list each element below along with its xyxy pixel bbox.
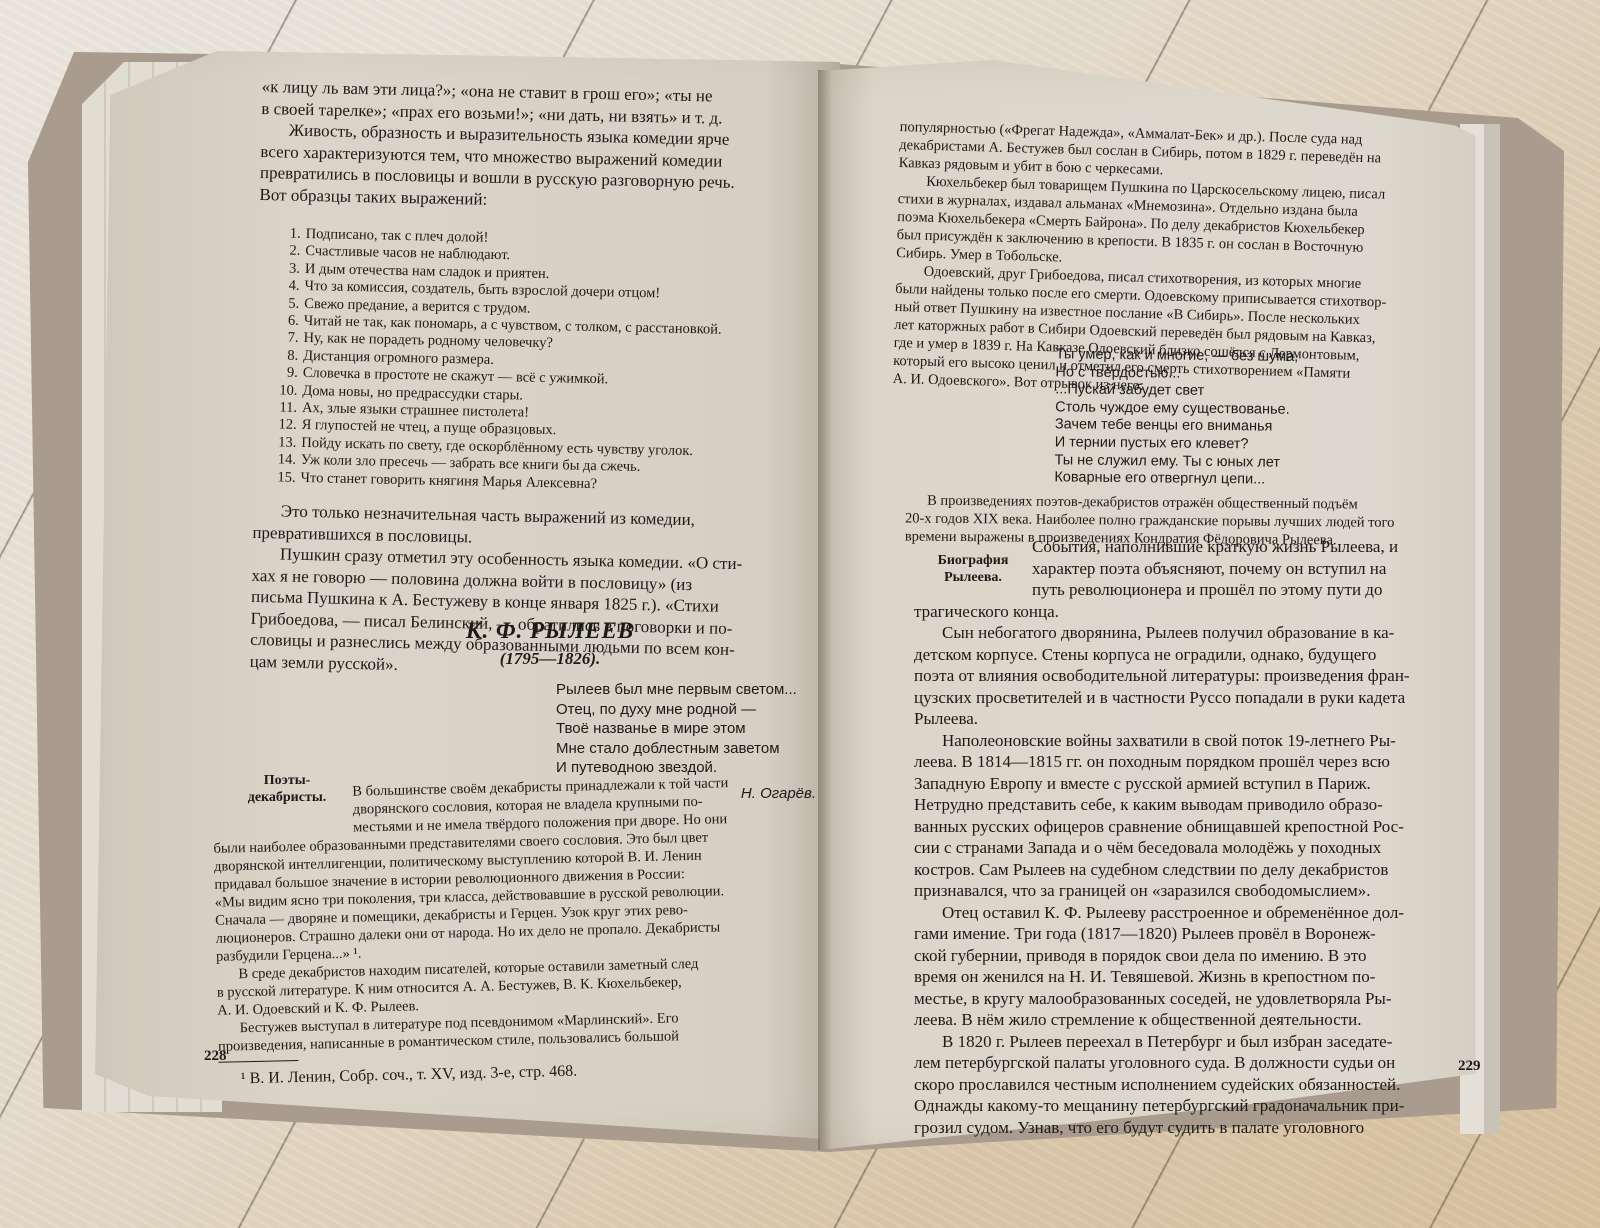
page-number-right: 229 (1458, 1056, 1481, 1078)
paragraph-decembrists: В большинстве своём декабристы принадлеж… (212, 772, 826, 966)
paragraph-son: Сын небогатого дворянина, Рылеев получил… (914, 622, 1474, 730)
paragraph-kuchelbecker: Кюхельбекер был товарищем Пушкина по Цар… (896, 172, 1438, 277)
paragraph-1820: В 1820 г. Рылеев переехал в Петербург и … (914, 1031, 1474, 1139)
paragraph-father: Отец оставил К. Ф. Рылееву расстроенное … (914, 902, 1474, 1031)
section-heading-block: К. Ф. РЫЛЕЕВ (1795—1826). (300, 620, 800, 669)
book-spine-gutter (818, 70, 832, 1150)
left-page-content: «к лицу ль вам эти лица?»; «она не стави… (250, 76, 807, 683)
paragraph-events: События, наполнившие краткую жизнь Рылее… (914, 536, 1474, 622)
right-page-lower: События, наполнившие краткую жизнь Рылее… (914, 536, 1474, 1138)
lermontov-poem-excerpt: Ты умер, как и многие, — без шума, Но с … (1054, 346, 1375, 490)
expressions-list: 1.Подписано, так с плеч долой! 2.Счастли… (273, 225, 803, 497)
paragraph-napoleon: Наполеоновские войны захватили в свой по… (914, 730, 1474, 902)
footnote-rule (218, 1060, 298, 1063)
section-heading: К. Ф. РЫЛЕЕВ (300, 620, 800, 642)
page-number-left: 228 (204, 1046, 227, 1068)
paragraph-liveliness: Живость, образность и выразительность яз… (259, 119, 806, 216)
left-page-lower: В большинстве своём декабристы принадлеж… (212, 772, 829, 1089)
section-years: (1795—1826). (300, 648, 800, 670)
